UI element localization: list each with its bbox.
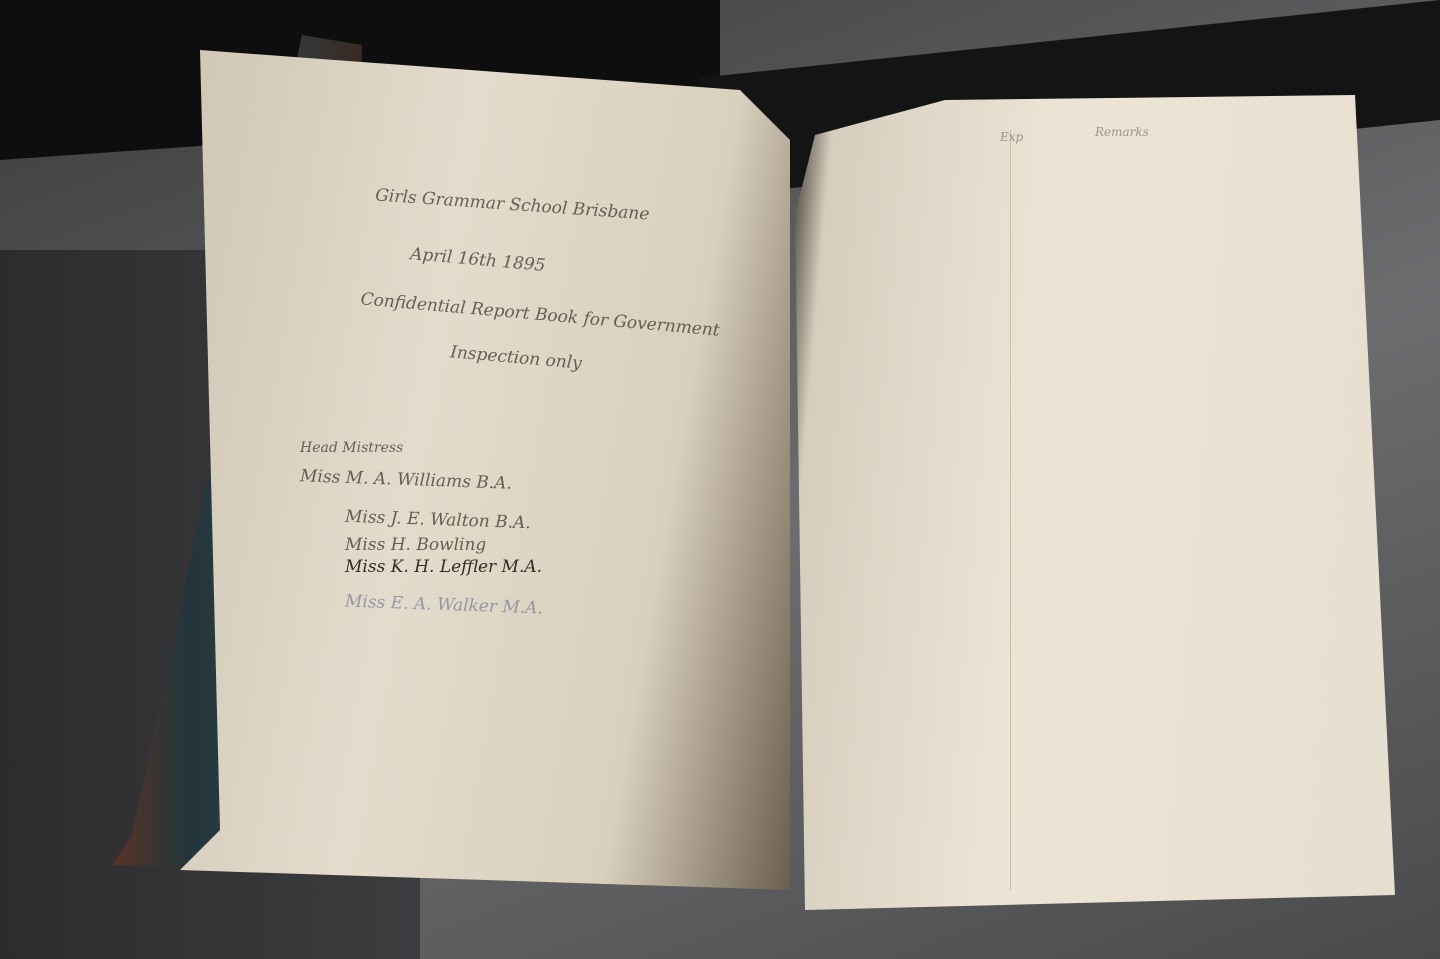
name-4: Miss K. H. Leffler M.A. — [345, 557, 542, 577]
ledger-column-rule — [1010, 130, 1011, 890]
heading: Head Mistress — [300, 440, 403, 456]
column-header-exp: Exp — [1000, 130, 1023, 144]
column-header-remarks: Remarks — [1095, 125, 1149, 139]
name-3: Miss H. Bowling — [345, 535, 486, 555]
right-page — [795, 95, 1395, 910]
left-page — [180, 50, 790, 890]
